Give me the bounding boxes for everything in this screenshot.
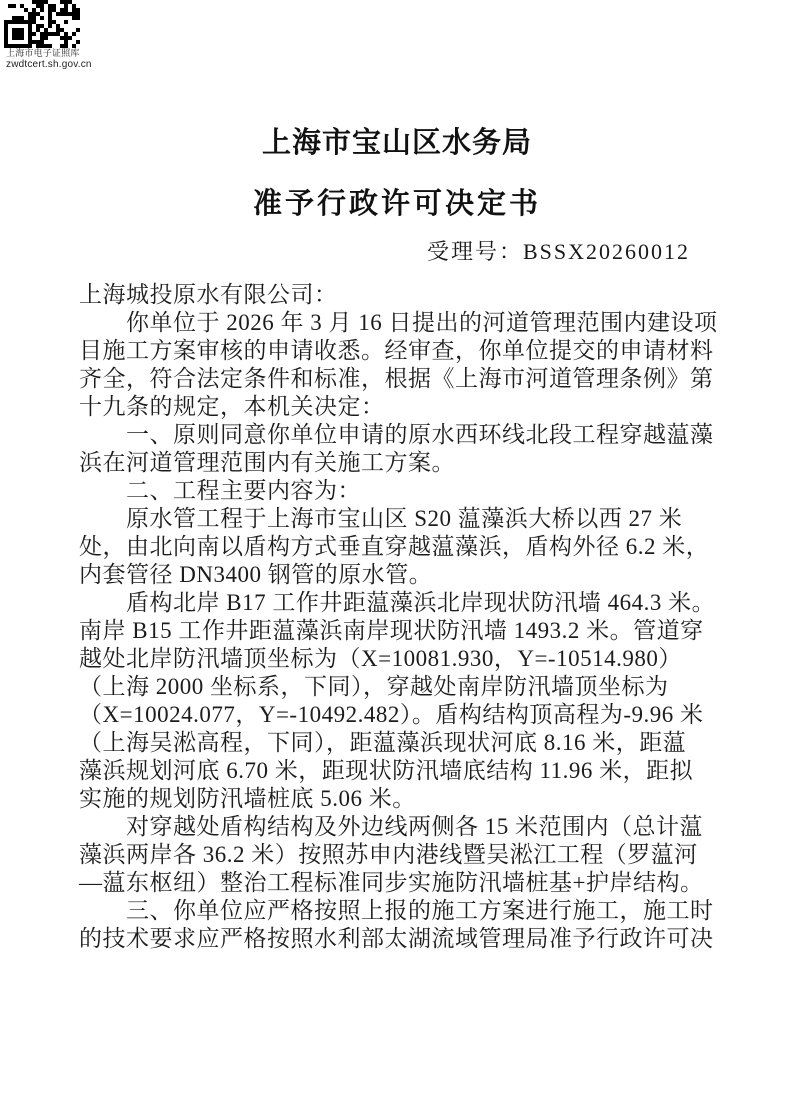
body-line: 越处北岸防汛墙顶坐标为（X=10081.930，Y=-10514.980） xyxy=(79,645,719,673)
qr-block: 上海市电子证照库 zwdtcert.sh.gov.cn xyxy=(4,0,104,70)
document-page: 上海市电子证照库 zwdtcert.sh.gov.cn 上海市宝山区水务局 准予… xyxy=(0,0,794,1093)
body-line: 浜在河道管理范围内有关施工方案。 xyxy=(79,449,719,477)
body-line: 你单位于 2026 年 3 月 16 日提出的河道管理范围内建设项 xyxy=(79,309,719,337)
body-line: 一、原则同意你单位申请的原水西环线北段工程穿越蕰藻 xyxy=(79,421,719,449)
body-line: 原水管工程于上海市宝山区 S20 蕰藻浜大桥以西 27 米 xyxy=(79,505,719,533)
body-line: 盾构北岸 B17 工作井距蕰藻浜北岸现状防汛墙 464.3 米。 xyxy=(79,589,719,617)
body-line: 十九条的规定，本机关决定： xyxy=(79,393,719,421)
body-line: 南岸 B15 工作井距蕰藻浜南岸现状防汛墙 1493.2 米。管道穿 xyxy=(79,617,719,645)
body-line: 齐全，符合法定条件和标准，根据《上海市河道管理条例》第 xyxy=(79,365,719,393)
body-line: 目施工方案审核的申请收悉。经审查，你单位提交的申请材料 xyxy=(79,337,719,365)
body-line: 实施的规划防汛墙桩底 5.06 米。 xyxy=(79,785,719,813)
body-line: （X=10024.077，Y=-10492.482）。盾构结构顶高程为-9.96… xyxy=(79,701,719,729)
body-line: 三、你单位应严格按照上报的施工方案进行施工，施工时 xyxy=(79,897,719,925)
body-line: 的技术要求应严格按照水利部太湖流域管理局准予行政许可决 xyxy=(79,925,719,953)
body-line: 内套管径 DN3400 钢管的原水管。 xyxy=(79,561,719,589)
body-line: 上海城投原水有限公司： xyxy=(79,281,719,309)
document-subtitle: 准予行政许可决定书 xyxy=(0,181,794,222)
case-number: 受理号：BSSX20260012 xyxy=(427,235,690,266)
body-line: 藻浜规划河底 6.70 米，距现状防汛墙底结构 11.96 米，距拟 xyxy=(79,757,719,785)
body-line: 二、工程主要内容为： xyxy=(79,477,719,505)
body-line: （上海 2000 坐标系，下同），穿越处南岸防汛墙顶坐标为 xyxy=(79,673,719,701)
body-line: 处，由北向南以盾构方式垂直穿越蕰藻浜，盾构外径 6.2 米， xyxy=(79,533,719,561)
body-line: 对穿越处盾构结构及外边线两侧各 15 米范围内（总计蕰 xyxy=(79,813,719,841)
document-body: 上海城投原水有限公司：你单位于 2026 年 3 月 16 日提出的河道管理范围… xyxy=(79,281,719,953)
body-line: —蕰东枢纽）整治工程标准同步实施防汛墙桩基+护岸结构。 xyxy=(79,869,719,897)
body-line: 藻浜两岸各 36.2 米）按照苏申内港线暨吴淞江工程（罗蕰河 xyxy=(79,841,719,869)
document-title: 上海市宝山区水务局 xyxy=(0,120,794,161)
qr-code-icon xyxy=(4,0,80,48)
qr-caption-library: 上海市电子证照库 xyxy=(6,48,104,59)
body-line: （上海吴淞高程，下同），距蕰藻浜现状河底 8.16 米，距蕰 xyxy=(79,729,719,757)
qr-caption-url: zwdtcert.sh.gov.cn xyxy=(6,59,104,70)
